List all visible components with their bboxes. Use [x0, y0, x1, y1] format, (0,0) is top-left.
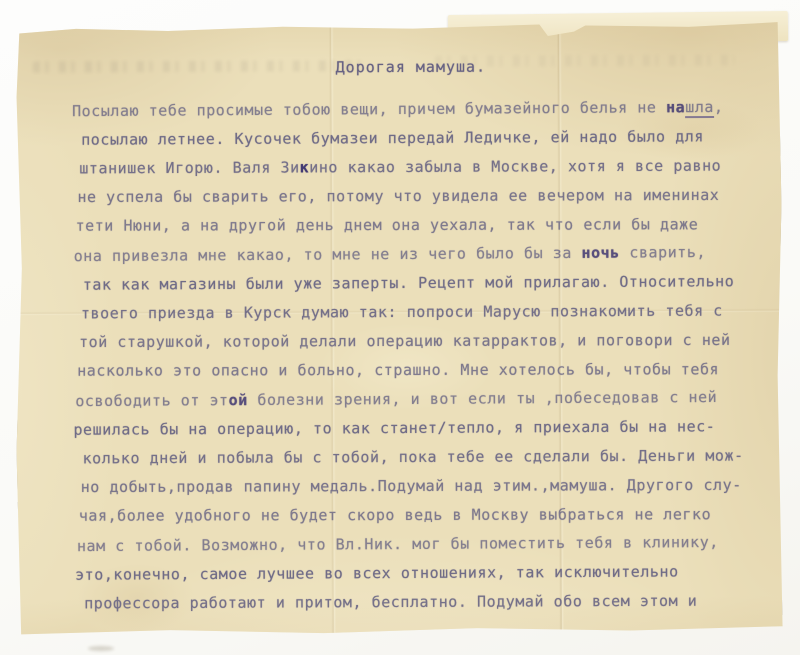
letter-salutation: Дорогая мамуша. — [77, 54, 745, 79]
typed-text: болезни зрения, и вот если ты ,побеседов… — [248, 388, 718, 409]
typed-text: посылаю летнее. Кусочек бумазеи передай … — [81, 127, 704, 148]
typed-text: нам с тобой. Возможно, что Вл.Ник. мог б… — [77, 533, 719, 555]
letter-line: это,конечно, самое лучшее во всех отноше… — [75, 557, 747, 590]
ink-correction: на — [666, 98, 685, 116]
letter-line: тети Нюни, а на другой день днем она уех… — [76, 210, 746, 241]
typed-text: , — [714, 98, 724, 116]
typed-text: Посылаю тебе просимые тобою вещи, причем… — [72, 98, 666, 120]
typed-text: чая,более удобного не будет скоро ведь в… — [79, 505, 711, 524]
letter-body: Посылаю тебе просимые тобою вещи, причем… — [77, 93, 747, 618]
letter-line: она привезла мне какао, то мне не из чег… — [74, 238, 746, 271]
typed-text: но добыть,продав папину медаль.Подумай н… — [81, 476, 742, 496]
ink-correction: к — [300, 158, 310, 176]
letter-line: твоего приезда в Курск думаю так: попрос… — [81, 296, 746, 328]
background-smudge — [88, 646, 114, 651]
letter-line: так как магазины были уже заперты. Рецеп… — [83, 267, 746, 300]
letter-line: но добыть,продав папину медаль.Подумай н… — [81, 471, 747, 502]
ink-correction: ночь — [581, 244, 619, 262]
letter-content: Дорогая мамуша. Посылаю тебе просимые то… — [77, 54, 747, 618]
letter-line: чая,более удобного не будет скоро ведь в… — [79, 500, 747, 531]
ink-correction: ой — [229, 391, 248, 409]
typed-text: насколько это опасно и больно, страшно. … — [77, 360, 719, 379]
letter-line: штанишек Игорю. Валя Зикино какао забыла… — [79, 151, 745, 183]
typed-text: штанишек Игорю. Валя Зи — [79, 158, 299, 177]
typed-text: той старушкой, которой делали операцию к… — [79, 331, 731, 351]
typed-text: освободить от эт — [75, 391, 228, 410]
typed-text: это,конечно, самое лучшее во всех отноше… — [75, 563, 679, 584]
letter-line: решилась бы на операцию, то как станет/т… — [73, 412, 746, 445]
scan-background: Дорогая мамуша. Посылаю тебе просимые то… — [0, 0, 800, 655]
typed-text: так как магазины были уже заперты. Рецеп… — [83, 272, 735, 294]
letter-line: посылаю летнее. Кусочек бумазеи передай … — [81, 122, 745, 155]
underlined-typed-text: шла — [685, 98, 714, 118]
letter-paper-sheet: Дорогая мамуша. Посылаю тебе просимые то… — [15, 20, 784, 635]
typed-text: ино какао забыла в Москве, хотя я все ра… — [309, 157, 721, 177]
typed-text: колько дней и побыла бы с тобой, пока те… — [83, 446, 744, 467]
typed-text: она привезла мне какао, то мне не из чег… — [74, 244, 582, 265]
letter-line: Посылаю тебе просимые тобою вещи, причем… — [72, 93, 745, 126]
typed-text: не успела бы сварить его, потому что уви… — [77, 186, 719, 206]
typed-text: тети Нюни, а на другой день днем она уех… — [76, 215, 699, 234]
letter-line: освободить от этой болезни зрения, и вот… — [75, 383, 746, 416]
letter-line: не успела бы сварить его, потому что уви… — [77, 181, 745, 212]
letter-line: колько дней и побыла бы с тобой, пока те… — [83, 441, 747, 473]
typed-text: твоего приезда в Курск думаю так: попрос… — [81, 302, 723, 323]
letter-line: той старушкой, которой делали операцию к… — [79, 326, 746, 357]
letter-line: профессора работают и притом, бесплатно.… — [84, 586, 747, 618]
typed-text: решилась бы на операцию, то как станет/т… — [73, 417, 715, 438]
letter-line: нам с тобой. Возможно, что Вл.Ник. мог б… — [77, 528, 747, 561]
letter-line: насколько это опасно и больно, страшно. … — [77, 355, 746, 386]
typed-text: сварить, — [620, 243, 706, 262]
typed-text: профессора работают и притом, бесплатно.… — [84, 592, 697, 613]
